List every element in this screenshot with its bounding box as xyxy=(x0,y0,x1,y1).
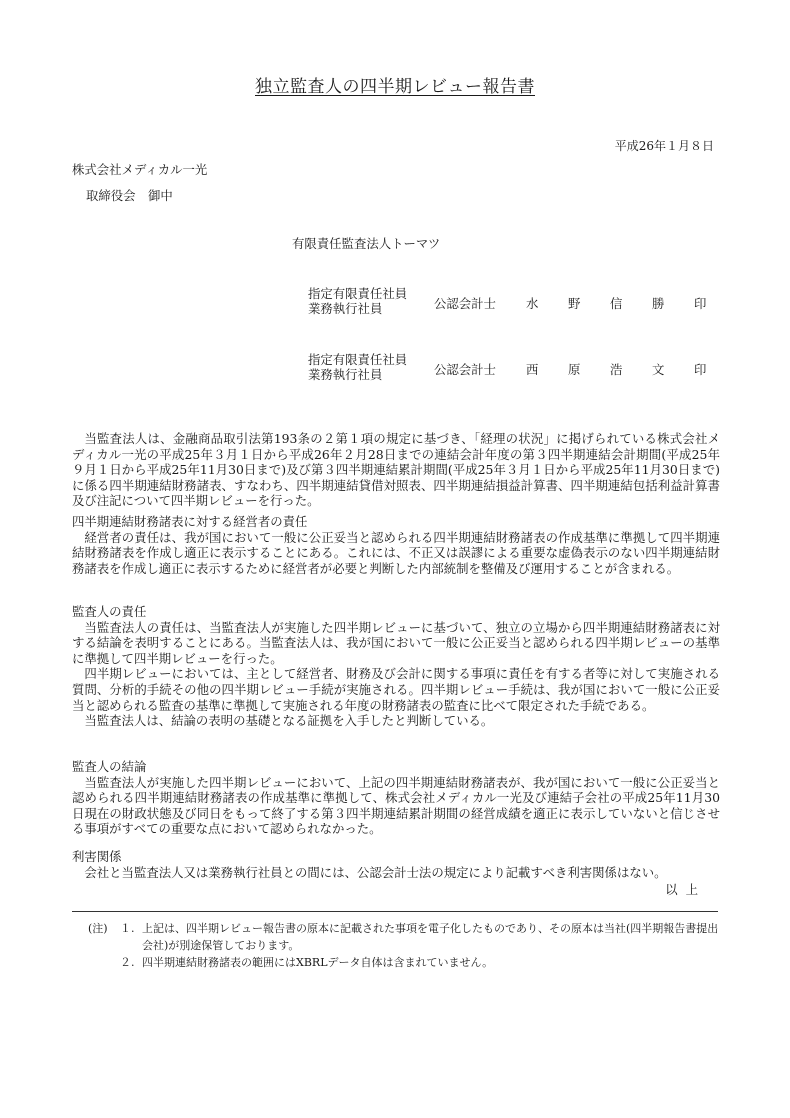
footnote-label: (注) xyxy=(88,920,120,954)
section-paragraph: 当監査法人の責任は、当監査法人が実施した四半期レビューに基づいて、独立の立場から… xyxy=(72,620,720,667)
section-paragraph: 当監査法人が実施した四半期レビューにおいて、上記の四半期連結財務諸表が、我が国に… xyxy=(72,775,720,837)
footnote-divider xyxy=(72,911,718,912)
signer-role: 指定有限責任社員 業務執行社員 xyxy=(308,286,407,316)
section-heading: 四半期連結財務諸表に対する経営者の責任 xyxy=(72,514,720,530)
signer-name-char: 原 xyxy=(568,360,580,378)
footnote-item: (注) １. 上記は、四半期レビュー報告書の原本に記載された事項を電子化したもの… xyxy=(88,920,720,954)
addressee-company: 株式会社メディカル一光 xyxy=(72,160,207,178)
signer-qualification: 公認会計士 xyxy=(434,294,496,312)
section-paragraph: 四半期レビューにおいては、主として経営者、財務及び会計に関する事項に責任を有する… xyxy=(72,666,720,713)
signer-role: 指定有限責任社員 業務執行社員 xyxy=(308,352,407,382)
seal-mark: 印 xyxy=(694,294,706,312)
signer-name-char: 文 xyxy=(652,360,664,378)
section-paragraph: 当監査法人は、結論の表明の基礎となる証拠を入手したと判断している。 xyxy=(72,713,720,729)
signer-block: 指定有限責任社員 業務執行社員 公認会計士 水 野 信 勝 印 xyxy=(308,286,728,318)
section-paragraph: 経営者の責任は、我が国において一般に公正妥当と認められる四半期連結財務諸表の作成… xyxy=(72,530,720,577)
signer-qualification: 公認会計士 xyxy=(434,360,496,378)
footnote-number: １. xyxy=(120,920,142,954)
signer-name-char: 浩 xyxy=(610,360,622,378)
signer-name-char: 野 xyxy=(568,294,580,312)
section-heading: 監査人の責任 xyxy=(72,604,720,620)
section-auditor-conclusion: 監査人の結論 当監査法人が実施した四半期レビューにおいて、上記の四半期連結財務諸… xyxy=(72,759,720,837)
signer-name-char: 水 xyxy=(526,294,538,312)
seal-mark: 印 xyxy=(694,360,706,378)
section-paragraph: 会社と当監査法人又は業務執行社員との間には、公認会計士法の規定により記載すべき利… xyxy=(72,865,720,881)
footnotes: (注) １. 上記は、四半期レビュー報告書の原本に記載された事項を電子化したもの… xyxy=(88,920,720,971)
addressee-board: 取締役会 御中 xyxy=(86,186,173,204)
footnote-text: 上記は、四半期レビュー報告書の原本に記載された事項を電子化したものであり、その原… xyxy=(142,920,720,954)
report-title: 独立監査人の四半期レビュー報告書 xyxy=(0,72,790,97)
signer-block: 指定有限責任社員 業務執行社員 公認会計士 西 原 浩 文 印 xyxy=(308,352,728,384)
section-heading: 利害関係 xyxy=(72,849,720,865)
intro-section: 当監査法人は、金融商品取引法第193条の２第１項の規定に基づき、「経理の状況」に… xyxy=(72,431,720,509)
footnote-text: 四半期連結財務諸表の範囲にはXBRLデータ自体は含まれていません。 xyxy=(142,954,720,971)
section-auditor-responsibility: 監査人の責任 当監査法人の責任は、当監査法人が実施した四半期レビューに基づいて、… xyxy=(72,604,720,729)
section-heading: 監査人の結論 xyxy=(72,759,720,775)
audit-firm-name: 有限責任監査法人トーマツ xyxy=(292,234,440,252)
footnote-number: ２. xyxy=(120,954,142,971)
section-management-responsibility: 四半期連結財務諸表に対する経営者の責任 経営者の責任は、我が国において一般に公正… xyxy=(72,514,720,576)
report-date: 平成26年１月８日 xyxy=(615,137,714,154)
signer-name-char: 信 xyxy=(610,294,622,312)
signer-name-char: 勝 xyxy=(652,294,664,312)
intro-paragraph: 当監査法人は、金融商品取引法第193条の２第１項の規定に基づき、「経理の状況」に… xyxy=(72,431,720,509)
section-interest: 利害関係 会社と当監査法人又は業務執行社員との間には、公認会計士法の規定により記… xyxy=(72,849,720,880)
footnote-item: ２. 四半期連結財務諸表の範囲にはXBRLデータ自体は含まれていません。 xyxy=(88,954,720,971)
signer-name-char: 西 xyxy=(526,360,538,378)
closing-mark: 以上 xyxy=(665,880,706,898)
